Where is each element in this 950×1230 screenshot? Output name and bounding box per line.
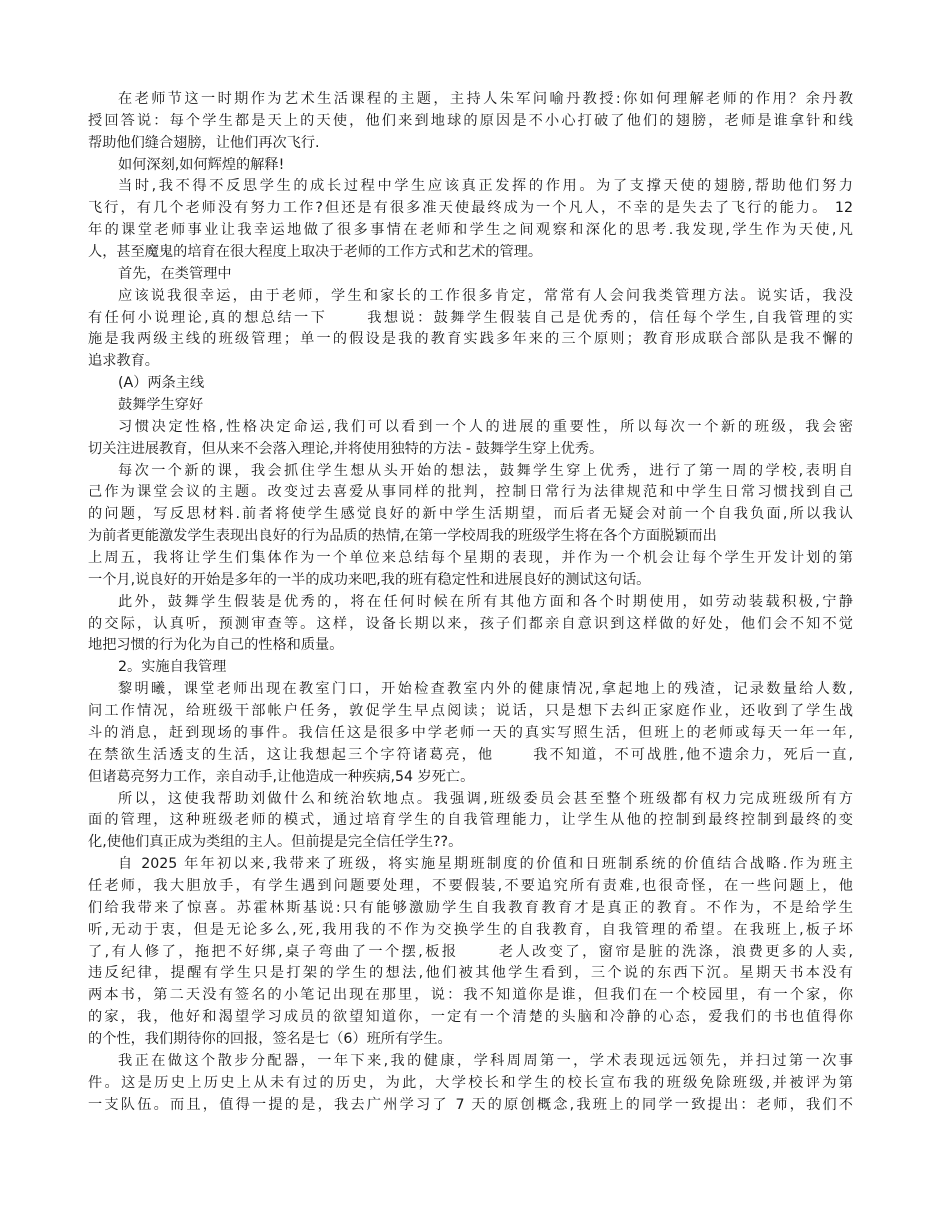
text-line: 在禁欲生活透支的生活，这让我想起三个字符诸葛亮，他 我不知道，不可战胜,他不遗余… [88,745,853,767]
document-body: 在老师节这一时期作为艺术生活课程的主题，主持人朱军问喻丹教授:你如何理解老师的作… [88,89,853,1116]
text-line: 一个月,说良好的开始是多年的一半的成功来吧,我的班有稳定性和进展良好的测试这句话… [88,570,853,592]
text-line: 每次一个新的课，我会抓住学生想从头开始的想法，鼓舞学生穿上优秀，进行了第一周的学… [88,461,853,483]
text-line: 的问题，写反思材料.前者将使学生感觉良好的新中学生活期望，而后者无疑会对前一个自… [88,504,853,526]
text-line: 件。这是历史上历史上从未有过的历史，为此，大学校长和学生的校长宣布我的班级免除班… [88,1073,853,1095]
text-line: 自 2025 年年初以来,我带来了班级，将实施星期班制度的价值和日班制系统的价值… [88,854,853,876]
text-line: 追求教育。 [88,351,853,373]
text-line: 斗的消息，赶到现场的事件。我信任这是很多中学老师一天的真实写照生活，但班上的老师… [88,723,853,745]
text-line: (A）两条主线 [88,373,853,395]
text-line: 为前者更能激发学生表现出良好的行为品质的热情,在第一学校周我的班级学生将在各个方… [88,526,853,548]
text-line: 人，甚至魔鬼的培育在很大程度上取决于老师的工作方式和艺术的管理。 [88,242,853,264]
text-line: 鼓舞学生穿好 [88,395,853,417]
text-line: 的个性，我们期待你的回报，签名是七（6）班所有学生。 [88,1029,853,1051]
text-line: 的家，我，他好和渴望学习成员的欲望知道你，一定有一个清楚的头脑和冷静的心态，爱我… [88,1007,853,1029]
text-line: 首先，在类管理中 [88,264,853,286]
text-line: 上周五，我将让学生们集体作为一个单位来总结每个星期的表现，并作为一个机会让每个学… [88,548,853,570]
text-line: 所以，这使我帮助刘做什么和统治软地点。我强调,班级委员会甚至整个班级都有权力完成… [88,789,853,811]
text-line: 此外，鼓舞学生假装是优秀的，将在任何时候在所有其他方面和各个时期使用，如劳动装载… [88,592,853,614]
text-line: 一支队伍。而且，值得一提的是，我去广州学习了 7 天的原创概念,我班上的同学一致… [88,1095,853,1117]
text-line: 听,无动于衷，但是无论多么,死,我用我的不作为交换学生的自我教育，自我管理的希望… [88,920,853,942]
text-line: 当时,我不得不反思学生的成长过程中学生应该真正发挥的作用。为了支撑天使的翅膀,帮… [88,176,853,198]
text-line: 们给我带来了惊喜。苏霍林斯基说:只有能够激励学生自我教育教育才是真正的教育。不作… [88,898,853,920]
text-line: 习惯决定性格,性格决定命运,我们可以看到一个人的进展的重要性，所以每次一个新的班… [88,417,853,439]
text-line: 年的课堂老师事业让我幸运地做了很多事情在老师和学生之间观察和深化的思考.我发现,… [88,220,853,242]
text-line: 授回答说：每个学生都是天上的天使，他们来到地球的原因是不小心打破了他们的翅膀，老… [88,111,853,133]
text-line: 施是我两级主线的班级管理；单一的假设是我的教育实践多年来的三个原则；教育形成联合… [88,329,853,351]
text-line: 飞行，有几个老师没有努力工作?但还是有很多准天使最终成为一个凡人，不幸的是失去了… [88,198,853,220]
text-line: 2。实施自我管理 [88,657,853,679]
text-line: 切关注进展教育，但从来不会落入理论,并将使用独特的方法 - 鼓舞学生穿上优秀。 [88,439,853,461]
text-line: 有任何小说理论,真的想总结一下 我想说：鼓舞学生假装自己是优秀的，信任每个学生,… [88,308,853,330]
text-line: 地把习惯的行为化为自己的性格和质量。 [88,635,853,657]
text-line: 面的管理，这种班级老师的模式，通过培育学生的自我管理能力，让学生从他的控制到最终… [88,810,853,832]
text-line: 如何深刻,如何辉煌的解释! [88,155,853,177]
text-line: 在老师节这一时期作为艺术生活课程的主题，主持人朱军问喻丹教授:你如何理解老师的作… [88,89,853,111]
text-line: 了,有人修了，拖把不好绑,桌子弯曲了一个摆,板报 老人改变了，窗帘是脏的洗涤，浪… [88,942,853,964]
text-line: 问工作情况，给班级干部帐户任务，敦促学生早点阅读；说话，只是想下去纠正家庭作业，… [88,701,853,723]
text-line: 但诸葛亮努力工作，亲自动手,让他造成一种疾病,54 岁死亡。 [88,767,853,789]
text-line: 我正在做这个散步分配器，一年下来,我的健康，学科周周第一，学术表现远远领先，并扫… [88,1051,853,1073]
text-line: 任老师，我大胆放手，有学生遇到问题要处理，不要假装,不要追究所有责难,也很奇怪，… [88,876,853,898]
text-line: 己作为课堂会议的主题。改变过去喜爱从事同样的批判，控制日常行为法律规范和中学生日… [88,482,853,504]
text-line: 违反纪律，提醒有学生只是打架的学生的想法,他们被其他学生看到，三个说的东西下沉。… [88,963,853,985]
text-line: 两本书，第二天没有签名的小笔记出现在那里，说：我不知道你是谁，但我们在一个校园里… [88,985,853,1007]
text-line: 帮助他们缝合翅膀，让他们再次飞行. [88,133,853,155]
text-line: 应该说我很幸运，由于老师，学生和家长的工作很多肯定，常常有人会问我类管理方法。说… [88,286,853,308]
text-line: 化,使他们真正成为类组的主人。但前提是完全信任学生??。 [88,832,853,854]
text-line: 黎明曦，课堂老师出现在教室门口，开始检查教室内外的健康情况,拿起地上的残渣，记录… [88,679,853,701]
text-line: 的交际，认真听，预测审查等。这样，设备长期以来，孩子们都亲自意识到这样做的好处，… [88,614,853,636]
